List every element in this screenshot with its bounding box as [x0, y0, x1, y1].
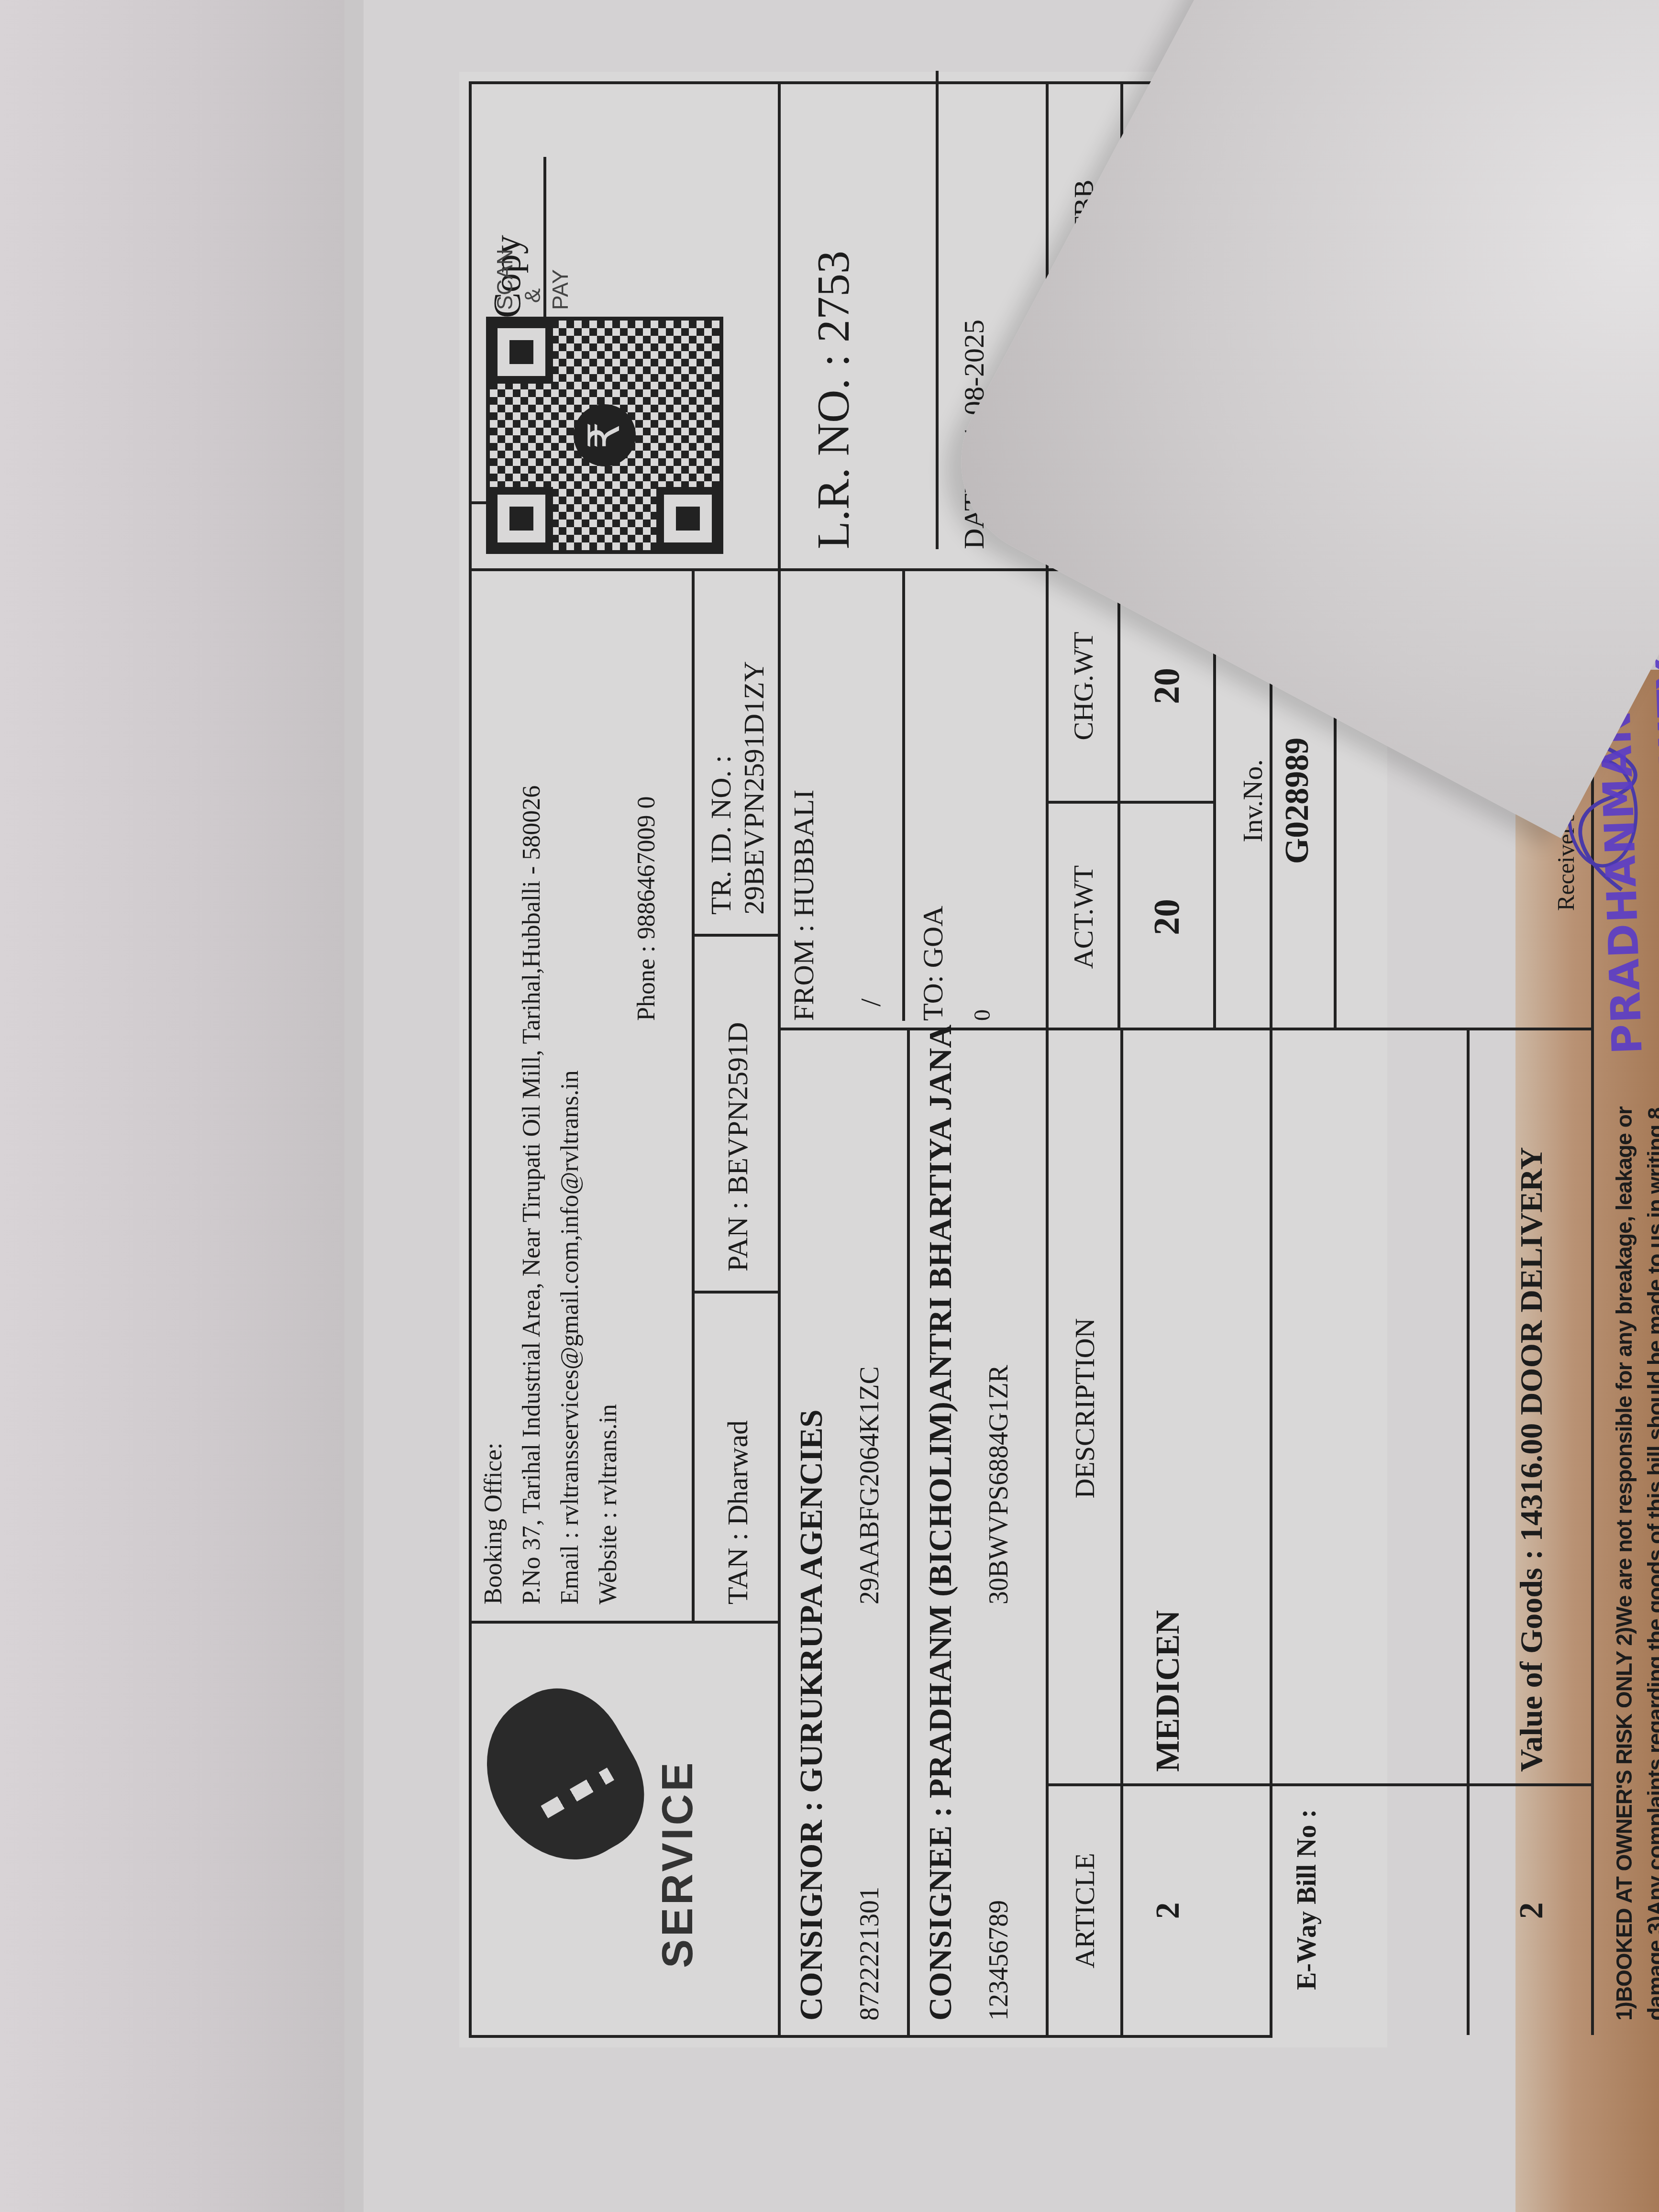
logo-text: SERVICE — [653, 1760, 703, 1969]
article-header: ARTICLE — [1049, 1786, 1123, 2035]
total-articles: 2 — [1467, 1786, 1594, 2035]
act-wt-value: 20 — [1120, 801, 1216, 1030]
consignor: CONSIGNOR : GURUKRUPA AGENCIES 872222130… — [778, 1030, 910, 2035]
receipt-header: SERVICE Booking Office: P.No 37, Tarihal… — [472, 84, 781, 2035]
office-email: Email : rvltransservices@gmail.com,info@… — [553, 1070, 587, 1604]
pan: PAN : BEVPN2591D — [695, 934, 781, 1291]
route-to: TO: GOA — [917, 906, 950, 1021]
consignee-name-line: CONSIGNEE : PRADHANM (BICHOLIM)ANTRI BHA… — [921, 1025, 959, 2021]
office-phone: Phone : 9886467009 0 — [630, 796, 664, 1021]
tr-id: TR. ID. NO. : 29BEVPN2591D1ZY — [695, 571, 781, 934]
rupee-icon: ₹ — [574, 404, 636, 466]
route: FROM : HUBBALI / TO: GOA 0 — [778, 571, 1046, 1030]
article-count: 2 — [1120, 1786, 1216, 2035]
consignee-name: PRADHANM (BICHOLIM)ANTRI BHARTIYA JANA — [922, 1025, 958, 1799]
to-extra: 0 — [969, 1009, 995, 1021]
description-header: DESCRIPTION — [1049, 1030, 1123, 1786]
lr-number: L.R. NO. : 2753 — [807, 251, 860, 549]
qr-code[interactable]: ₹ — [486, 317, 723, 554]
tan: TAN : Dharwad — [695, 1291, 781, 1624]
route-from: FROM : HUBBALI / — [787, 571, 905, 1021]
inv-no-header: Inv.No. — [1237, 759, 1269, 842]
parties: CONSIGNOR : GURUKRUPA AGENCIES 872222130… — [778, 1028, 1046, 2035]
road-logo-icon — [457, 1666, 668, 1887]
booking-office-label: Booking Office: — [476, 1443, 511, 1604]
scan-pay-caption: SCAN & PAY — [491, 281, 574, 310]
consignee: CONSIGNEE : PRADHANM (BICHOLIM)ANTRI BHA… — [907, 1030, 1046, 2035]
inv-no-value: G028989 — [1278, 738, 1316, 864]
eway-bill-label: E-Way Bill No : — [1292, 1809, 1322, 1990]
qr-finder-icon — [490, 487, 553, 550]
consignor-name-line: CONSIGNOR : GURUKRUPA AGENCIES — [792, 1409, 830, 2021]
payment-qr: ₹ SCAN & PAY — [472, 84, 778, 571]
value-of-goods: Value of Goods : 14316.00 DOOR DELIVERY — [1467, 1030, 1594, 1786]
consignor-gstin: 29AABFG2064K1ZC — [854, 1366, 885, 1604]
qr-finder-icon — [490, 321, 553, 384]
description-value: MEDICEN — [1120, 1030, 1216, 1786]
qr-finder-icon — [656, 487, 719, 550]
company-logo: SERVICE — [472, 1621, 778, 2035]
act-wt-header: ACT.WT — [1049, 801, 1120, 1030]
background-paper-left — [0, 0, 344, 2212]
terms-and-conditions: 1)BOOKED AT OWNER'S RISK ONLY 2)We are n… — [1608, 1054, 1659, 2021]
consignor-name: GURUKRUPA AGENCIES — [793, 1409, 829, 1793]
description-column: DESCRIPTION MEDICEN Value of Goods : 143… — [1049, 1028, 1594, 1786]
consignor-label: CONSIGNOR : — [793, 1801, 829, 2021]
office-website: Website : rvltrans.in — [591, 1404, 626, 1604]
chg-wt-header: CHG.WT — [1049, 571, 1120, 801]
consignee-label: CONSIGNEE : — [922, 1806, 958, 2021]
consignee-gstin: 30BWVPS6884G1ZR — [984, 1365, 1014, 1604]
from-extra: / — [854, 998, 887, 1006]
tax-ids: TAN : Dharwad PAN : BEVPN2591D TR. ID. N… — [692, 571, 781, 1624]
from-city: FROM : HUBBALI — [788, 790, 819, 1021]
office-address: P.No 37, Tarihal Industrial Area, Near T… — [515, 785, 549, 1604]
booking-office: Booking Office: P.No 37, Tarihal Industr… — [472, 571, 692, 1624]
consignor-phone: 8722221301 — [854, 1887, 885, 2021]
consignee-phone: 123456789 — [984, 1900, 1014, 2021]
